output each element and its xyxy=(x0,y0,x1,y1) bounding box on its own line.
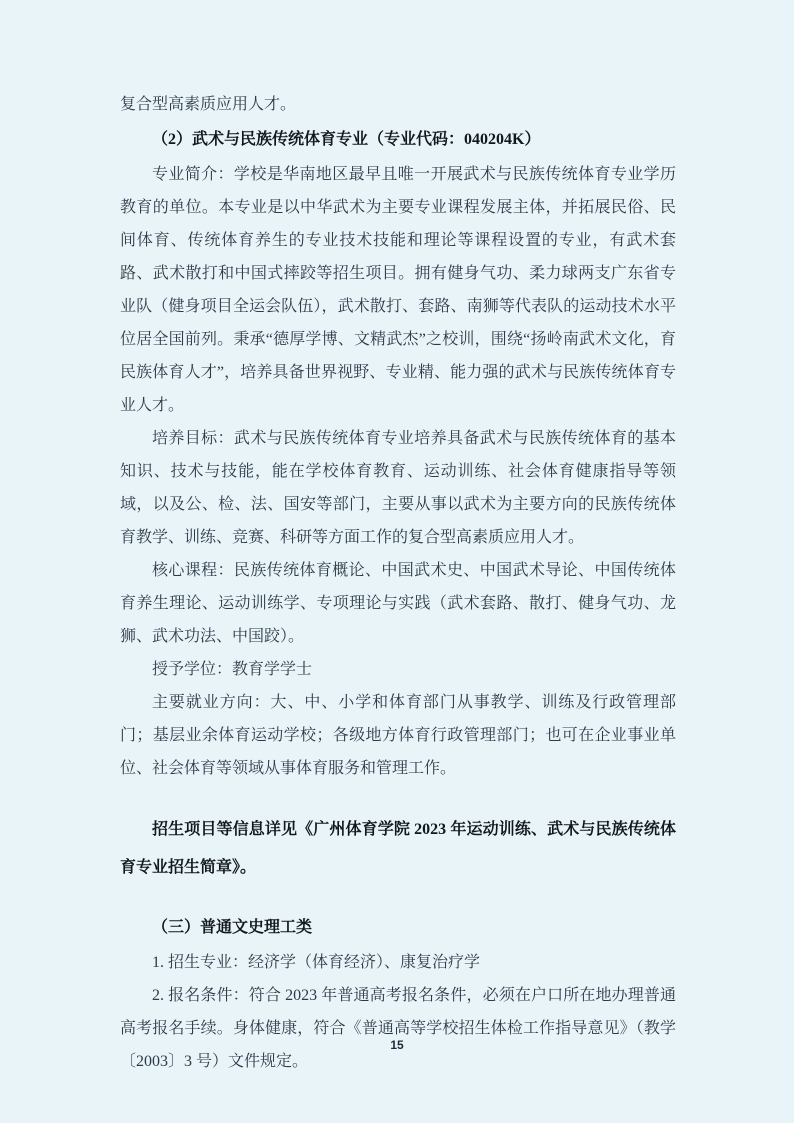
paragraph-employment-directions: 主要就业方向：大、中、小学和体育部门从事教学、训练及行政管理部门；基层业余体育运… xyxy=(120,686,676,785)
continuation-line: 复合型高素质应用人才。 xyxy=(120,88,676,121)
document-page: 复合型高素质应用人才。 （2）武术与民族传统体育专业（专业代码：040204K）… xyxy=(0,0,794,1123)
section-heading-general-liberal-science: （三）普通文史理工类 xyxy=(120,911,676,944)
paragraph-admission-brochure-note: 招生项目等信息详见《广州体育学院 2023 年运动训练、武术与民族传统体育专业招… xyxy=(120,811,676,887)
line-enrollment-majors: 1. 招生专业：经济学（体育经济）、康复治疗学 xyxy=(120,946,676,979)
paragraph-major-introduction: 专业简介：学校是华南地区最早且唯一开展武术与民族传统体育专业学历教育的单位。本专… xyxy=(120,158,676,422)
paragraph-training-objectives: 培养目标：武术与民族传统体育专业培养具备武术与民族传统体育的基本知识、技术与技能… xyxy=(120,422,676,554)
section-heading-wushu-major: （2）武术与民族传统体育专业（专业代码：040204K） xyxy=(120,123,676,156)
paragraph-application-requirements: 2. 报名条件：符合 2023 年普通高考报名条件，必须在户口所在地办理普通高考… xyxy=(120,979,676,1078)
paragraph-core-courses: 核心课程：民族传统体育概论、中国武术史、中国武术导论、中国传统体育养生理论、运动… xyxy=(120,554,676,653)
document-body: 复合型高素质应用人才。 （2）武术与民族传统体育专业（专业代码：040204K）… xyxy=(120,88,676,1078)
line-degree-awarded: 授予学位：教育学学士 xyxy=(120,653,676,686)
page-number: 15 xyxy=(0,1038,794,1052)
